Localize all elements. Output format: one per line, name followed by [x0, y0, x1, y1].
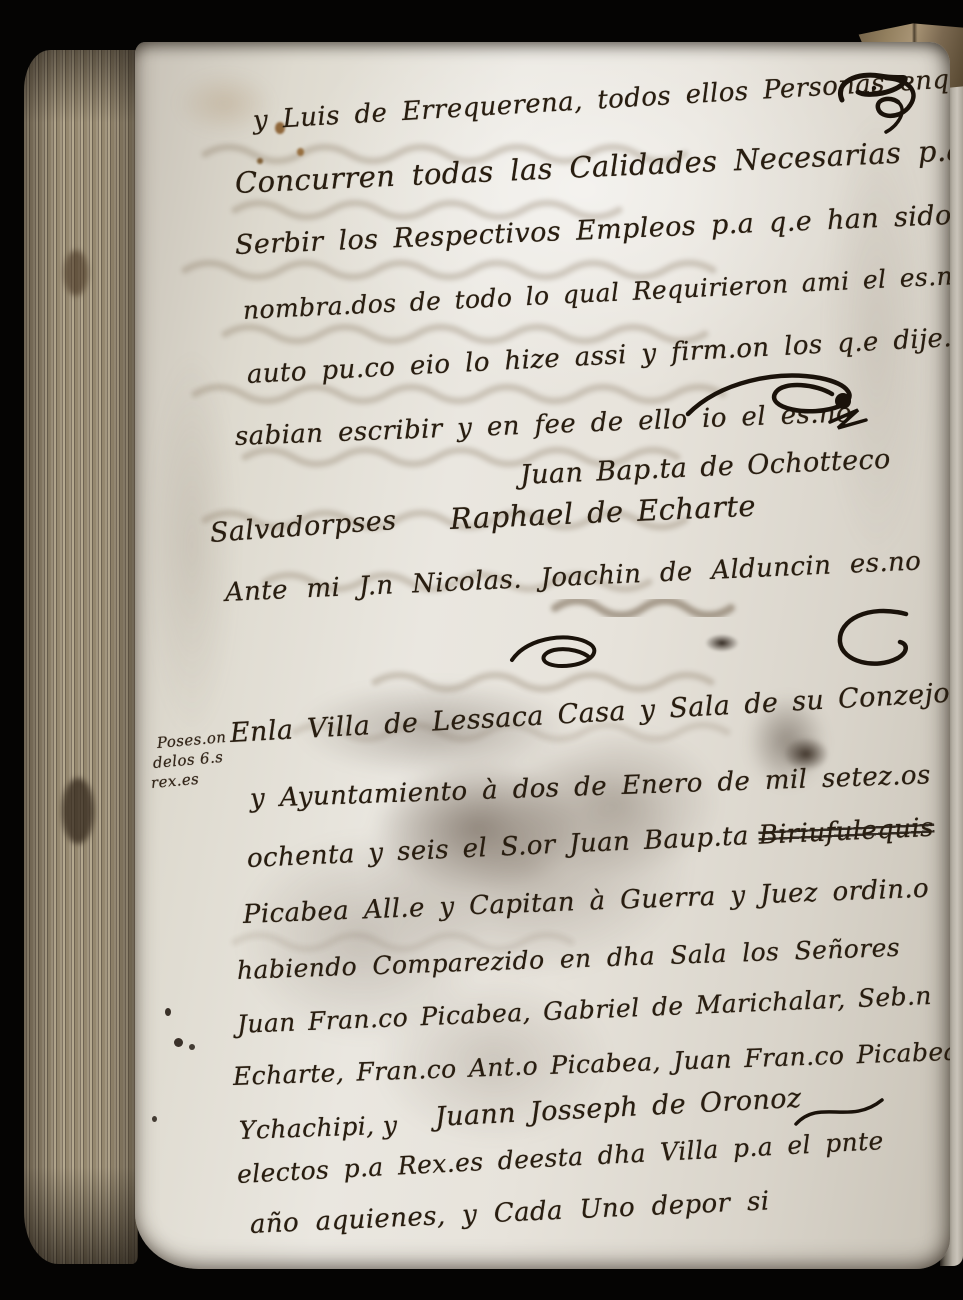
fore-edge-stain	[64, 250, 88, 296]
paraph-flourish-top-right	[828, 68, 928, 138]
manuscript-line: Ychachipi, y	[238, 1110, 397, 1145]
ink-speck	[152, 1116, 157, 1122]
manuscript-photo: y Luis de Errequerena, todos ellos Perso…	[0, 0, 963, 1300]
book-fore-edge	[24, 50, 138, 1264]
ink-speck	[189, 1044, 195, 1050]
rubric-flourish-center	[500, 626, 610, 681]
ink-speck	[174, 1038, 183, 1047]
paraph-flourish-escribano	[680, 368, 880, 438]
rubric-flourish-right	[828, 604, 918, 674]
foxing-spot	[257, 158, 263, 164]
ink-speck	[165, 1008, 171, 1016]
fore-edge-stain	[62, 778, 94, 844]
signature-swash	[790, 1090, 890, 1135]
foxing-spot	[297, 148, 304, 156]
ink-smudge	[705, 634, 739, 652]
manuscript-page: y Luis de Errequerena, todos ellos Perso…	[135, 42, 950, 1269]
